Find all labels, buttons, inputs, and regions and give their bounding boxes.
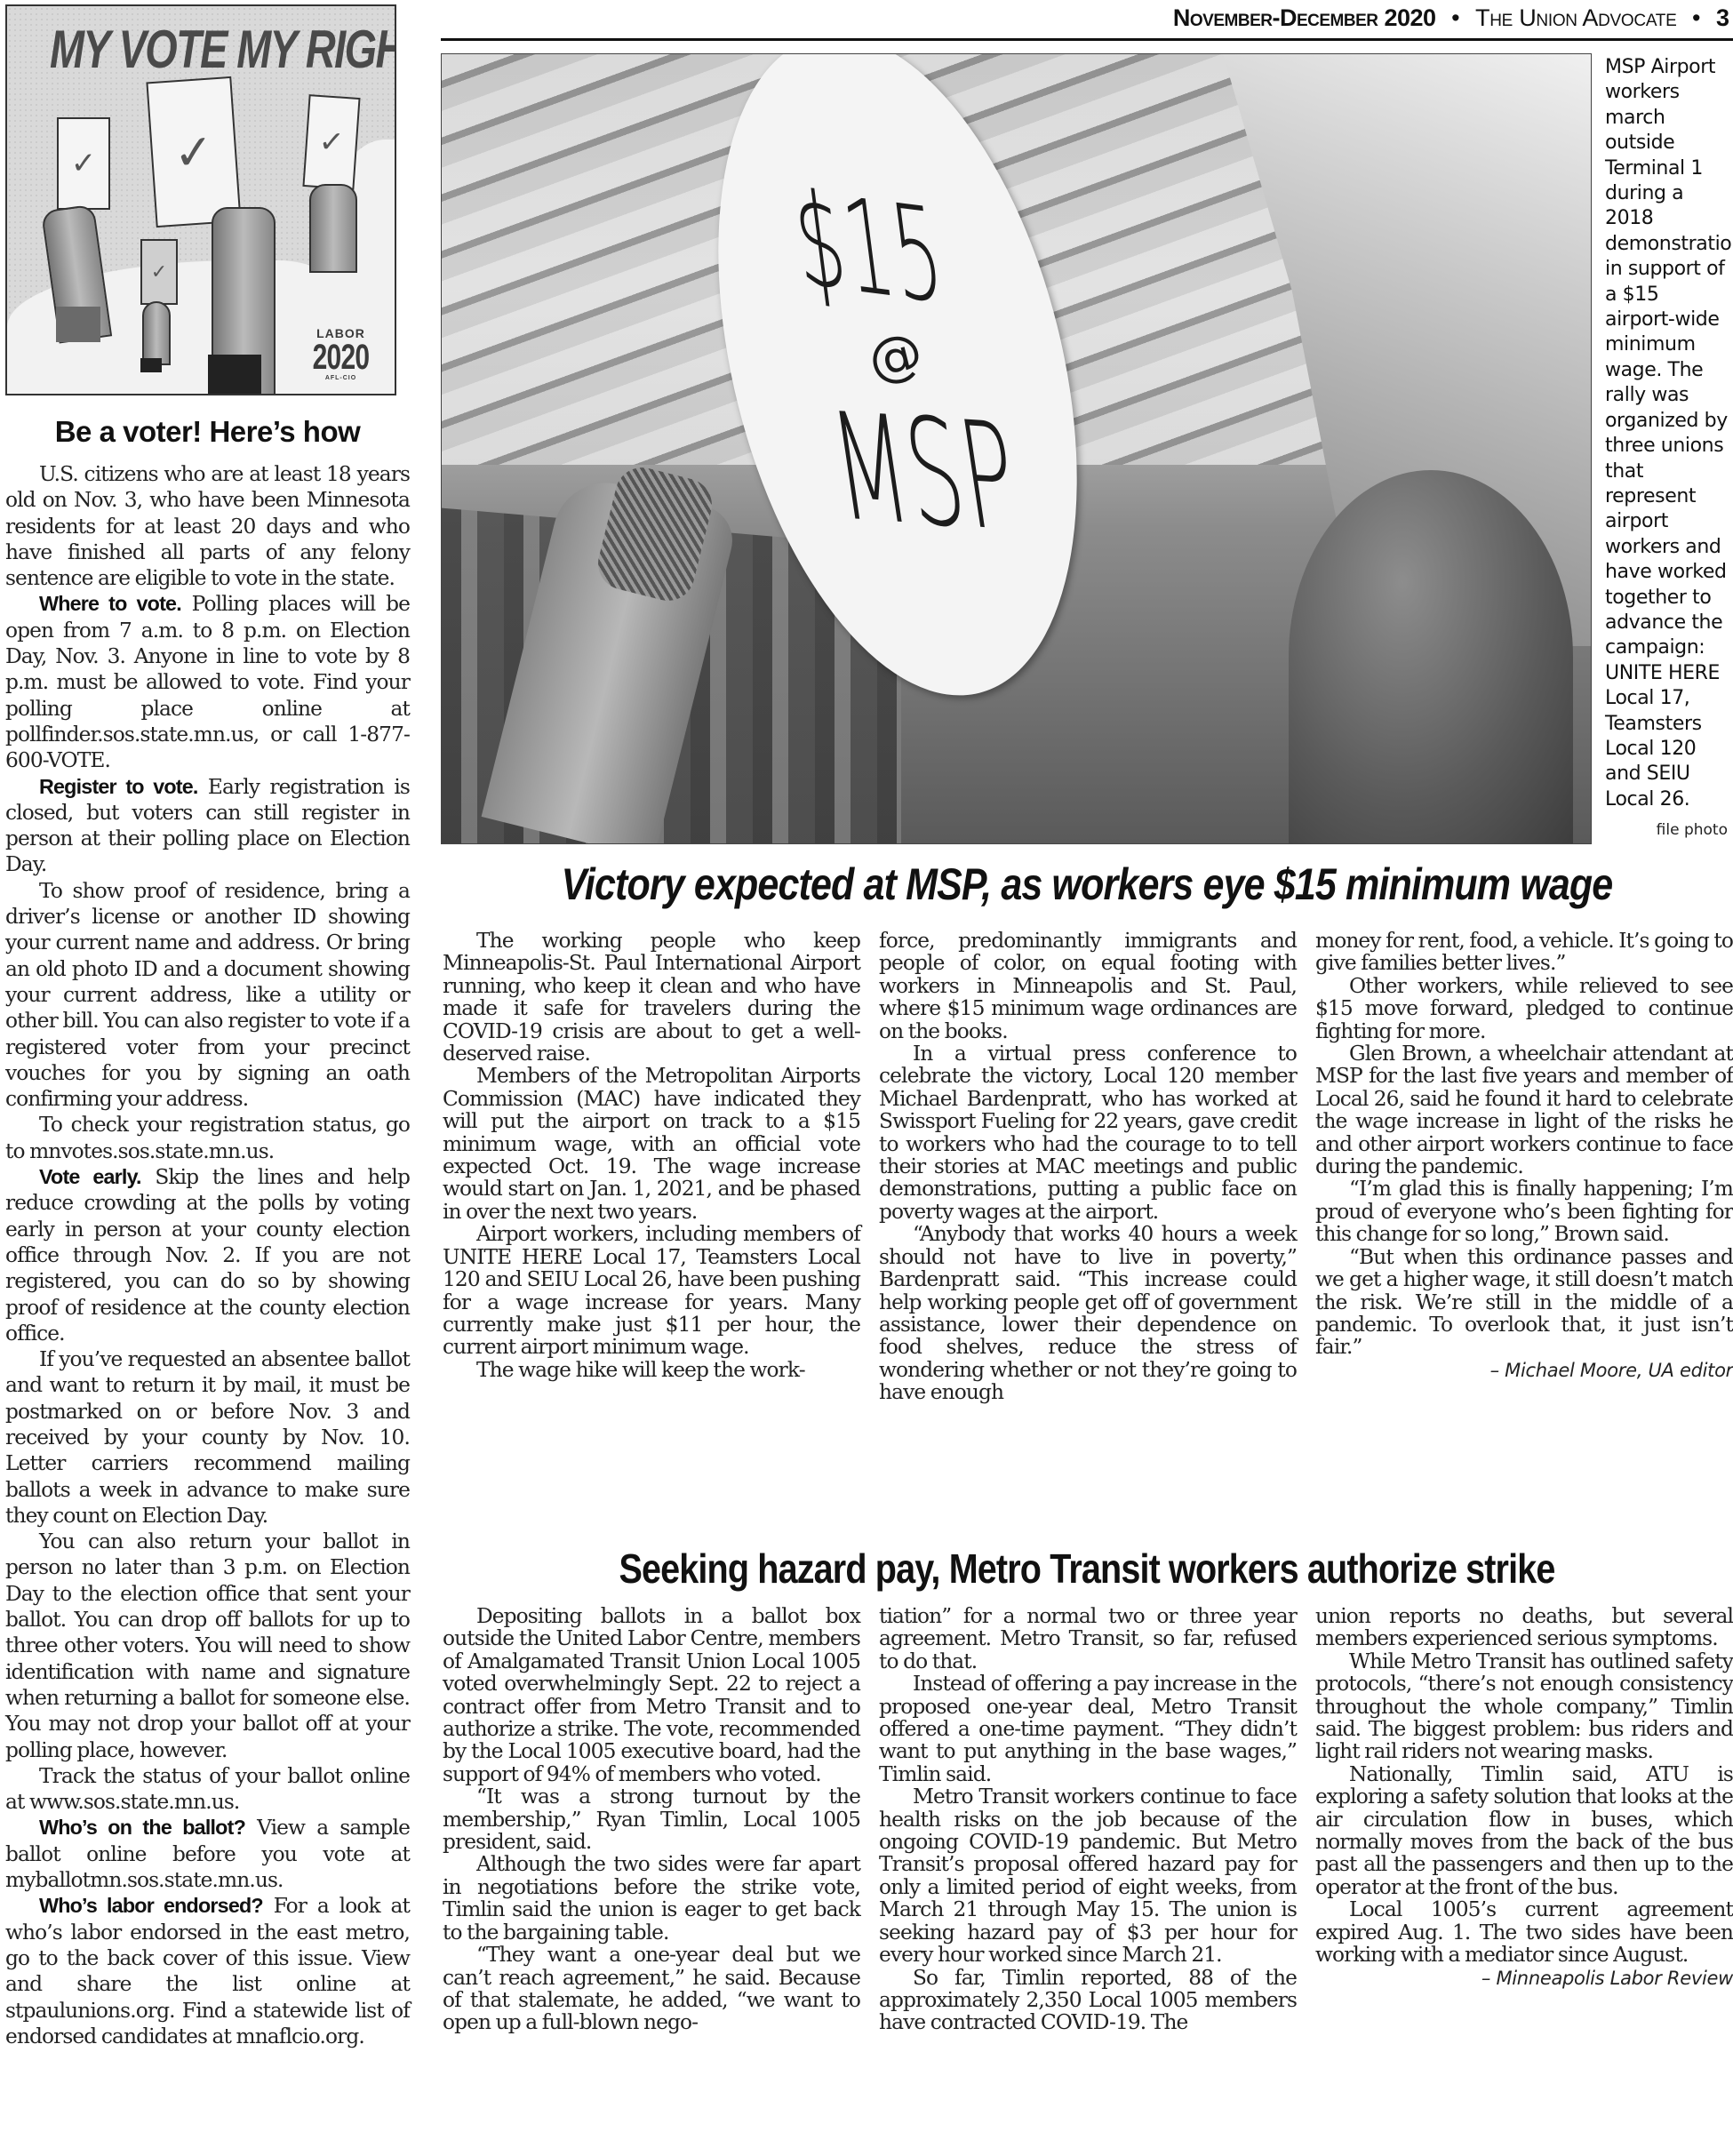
paragraph-text: You can also return your ballot in perso… [5,1529,410,1761]
article-paragraph: union reports no deaths, but several mem… [1315,1605,1733,1650]
article-byline: – Michael Moore, UA editor [1315,1359,1733,1382]
separator-dot: • [1451,4,1459,31]
paragraph-text: Track the status of your ballot online a… [5,1764,410,1814]
paragraph-text: For a look at who’s labor endorsed in th… [5,1894,410,2048]
sidebar-paragraph: Where to vote. Polling places will be op… [5,591,410,773]
checkmark-icon: ✓ [151,261,167,283]
sidebar-paragraph: Who’s labor endorsed? For a look at who’… [5,1893,410,2049]
article-byline: – Minneapolis Labor Review [1315,1967,1733,1990]
article-headline-msp-wage: Victory expected at MSP, as workers eye … [531,858,1642,910]
page-masthead: November-December 2020 • The Union Advoc… [441,0,1733,41]
article-headline-transit-strike: Seeking hazard pay, Metro Transit worker… [531,1545,1642,1593]
lead-in: Register to vote. [39,775,198,798]
checkmark-icon: ✓ [71,146,97,181]
article-paragraph: “Anybody that works 40 hours a week shou… [879,1223,1297,1403]
article-paragraph: So far, Timlin reported, 88 of the appro… [879,1967,1297,2034]
article-paragraph: “But when this ordinance passes and we g… [1315,1246,1733,1359]
sign-text: MSP [824,393,1026,553]
article-paragraph: Glen Brown, a wheelchair attendant at MS… [1315,1042,1733,1178]
separator-dot: • [1692,4,1700,31]
photo-caption: MSP Airport workers march outside Termin… [1605,55,1729,812]
article-column: tiation” for a normal two or three year … [879,1605,1297,2034]
article-paragraph: Metro Transit workers continue to face h… [879,1785,1297,1966]
article-body-transit-strike: Depositing ballots in a ballot box outsi… [443,1605,1733,2034]
paragraph-text: Polling places will be open from 7 a.m. … [5,592,410,772]
article-column: money for rent, food, a vehicle. It’s go… [1315,930,1733,1404]
sleeve-cuff [208,355,261,395]
raised-hand-illustration [142,301,171,365]
checkmark-icon: ✓ [317,124,345,161]
page-number: 3 [1716,4,1729,31]
article-paragraph: Instead of offering a pay increase in th… [879,1673,1297,1785]
article-paragraph: Nationally, Timlin said, ATU is explorin… [1315,1763,1733,1898]
article-paragraph: Depositing ballots in a ballot box outsi… [443,1605,860,1785]
my-vote-my-right-poster: MY VOTE MY RIGHT ✓ ✓ ✓ ✓ LABOR 2020 AFL-… [5,4,396,395]
article-paragraph: Airport workers, including members of UN… [443,1223,860,1358]
article-paragraph: “It was a strong turnout by the membersh… [443,1785,860,1853]
checkmark-icon: ✓ [172,123,216,181]
photo-credit: file photo [1657,821,1728,839]
article-body-msp-wage: The working people who keep Minneapolis-… [443,930,1733,1404]
article-paragraph: Although the two sides were far apart in… [443,1853,860,1944]
paragraph-text: If you’ve requested an absentee ballot a… [5,1347,410,1528]
sidebar-headline: Be a voter! Here’s how [5,415,410,449]
paragraph-text: To show proof of residence, bring a driv… [5,879,410,1111]
article-paragraph: In a virtual press conference to celebra… [879,1042,1297,1223]
paragraph-text: To check your registration status, go to… [5,1113,410,1162]
lead-in: Who’s labor endorsed? [39,1894,263,1917]
raised-hand-illustration [309,184,357,273]
sign-text: @ [863,324,928,389]
ballot-check-icon: ✓ [146,76,241,228]
paragraph-text: U.S. citizens who are at least 18 years … [5,462,410,590]
lead-in: Vote early. [39,1165,141,1188]
sidebar-paragraph: To check your registration status, go to… [5,1112,410,1164]
article-paragraph: The working people who keep Minneapolis-… [443,930,860,1065]
sidebar-paragraph: You can also return your ballot in perso… [5,1529,410,1763]
protester-head [1289,470,1573,843]
sidebar-paragraph: Who’s on the ballot? View a sample ballo… [5,1815,410,1893]
logo-year: 2020 [313,339,370,375]
article-paragraph: “They want a one-year deal but we can’t … [443,1944,860,2034]
sleeve-cuff [140,358,162,372]
article-paragraph: Members of the Metropolitan Airports Com… [443,1065,860,1223]
article-paragraph: money for rent, food, a vehicle. It’s go… [1315,930,1733,975]
sleeve-cuff [56,307,100,342]
article-paragraph: force, predominantly immigrants and peop… [879,930,1297,1042]
paragraph-text: Skip the lines and help reduce crowding … [5,1165,410,1346]
ballot-check-icon: ✓ [140,239,178,305]
article-column: Depositing ballots in a ballot box outsi… [443,1605,860,2034]
article-paragraph: tiation” for a normal two or three year … [879,1605,1297,1673]
sidebar-paragraph: Register to vote. Early registration is … [5,774,410,878]
ballot-check-icon: ✓ [57,117,110,210]
article-column: The working people who keep Minneapolis-… [443,930,860,1404]
sign-text: $15 [787,175,950,323]
lead-in: Who’s on the ballot? [39,1816,245,1839]
ballot-check-icon: ✓ [302,94,360,190]
msp-rally-photo: $15 @ MSP [441,53,1592,844]
article-paragraph: While Metro Transit has outlined safety … [1315,1650,1733,1763]
article-paragraph: Other workers, while relieved to see $15… [1315,975,1733,1042]
lead-in: Where to vote. [39,592,181,615]
sidebar-paragraph: U.S. citizens who are at least 18 years … [5,461,410,591]
labor-2020-logo: LABOR 2020 AFL-CIO [303,327,379,381]
poster-title: MY VOTE MY RIGHT [50,19,352,80]
sidebar-paragraph: To show proof of residence, bring a driv… [5,878,410,1113]
sidebar-body: U.S. citizens who are at least 18 years … [5,461,410,2049]
article-paragraph: “I’m glad this is finally happening; I’m… [1315,1178,1733,1245]
article-paragraph: The wage hike will keep the work- [443,1359,860,1381]
sidebar-paragraph: If you’ve requested an absentee ballot a… [5,1346,410,1529]
sidebar-paragraph: Track the status of your ballot online a… [5,1763,410,1816]
article-column: union reports no deaths, but several mem… [1315,1605,1733,2034]
publication-name: The Union Advocate [1475,4,1676,31]
voter-guide-sidebar: MY VOTE MY RIGHT ✓ ✓ ✓ ✓ LABOR 2020 AFL-… [5,4,410,2049]
issue-date: November-December 2020 [1173,4,1436,31]
sidebar-paragraph: Vote early. Skip the lines and help redu… [5,1164,410,1346]
article-column: force, predominantly immigrants and peop… [879,930,1297,1404]
article-paragraph: Local 1005’s current agreement expired A… [1315,1898,1733,1966]
